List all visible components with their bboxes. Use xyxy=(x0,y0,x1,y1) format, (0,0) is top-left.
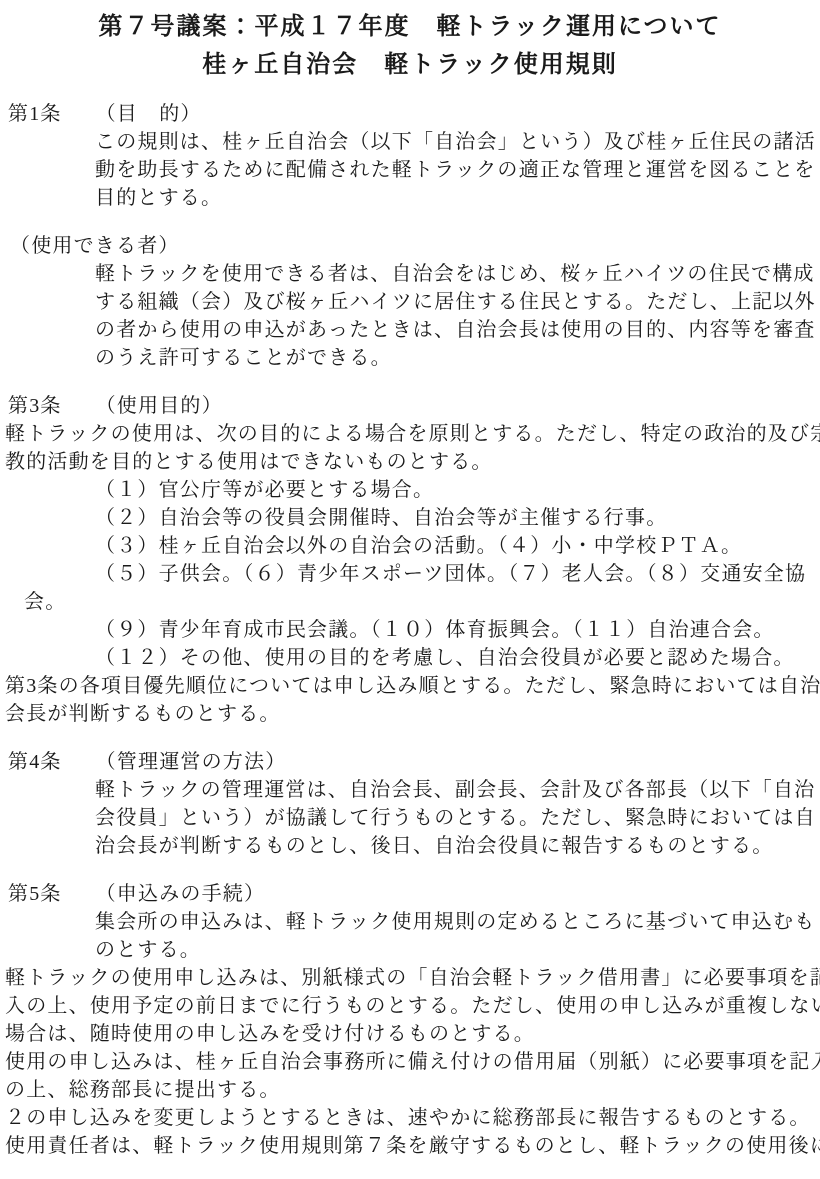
text-line: 軽トラックの使用申し込みは、別紙様式の「自治会軽トラック借用書」に必要事項を記 xyxy=(0,964,820,992)
list-item: （１）官公庁等が必要とする場合。 xyxy=(0,476,820,504)
text-line: 軽トラックの使用は、次の目的による場合を原則とする。ただし、特定の政治的及び宗 xyxy=(0,420,820,448)
text-line: この規則は、桂ヶ丘自治会（以下「自治会」という）及び桂ヶ丘住民の諸活 xyxy=(0,128,820,156)
text-line: ２の申し込みを変更しようとするときは、速やかに総務部長に報告するものとする。 xyxy=(0,1104,820,1132)
document-title-line1: 第７号議案：平成１７年度 軽トラック運用について xyxy=(0,8,820,46)
text-line: 場合は、随時使用の申し込みを受け付けるものとする。 xyxy=(0,1020,820,1048)
text-line: 教的活動を目的とする使用はできないものとする。 xyxy=(0,448,820,476)
text-line: 使用責任者は、軽トラック使用規則第７条を厳守するものとし、軽トラックの使用後に xyxy=(0,1132,820,1160)
text-line: 治会長が判断するものとし、後日、自治会役員に報告するものとする。 xyxy=(0,832,820,860)
text-line: 会役員」という）が協議して行うものとする。ただし、緊急時においては自 xyxy=(0,804,820,832)
text-line: のとする。 xyxy=(0,936,820,964)
article-heading: 第1条（目 的） xyxy=(0,100,820,128)
article-heading: 第3条（使用目的） xyxy=(0,392,820,420)
document-title-line2: 桂ヶ丘自治会 軽トラック使用規則 xyxy=(0,46,820,84)
text-line: 会長が判断するものとする。 xyxy=(0,700,820,728)
list-item: （３）桂ヶ丘自治会以外の自治会の活動。（４）小・中学校ＰＴＡ。 xyxy=(0,532,820,560)
article-label: （使用できる者） xyxy=(10,235,180,257)
article-label: （申込みの手続） xyxy=(96,883,266,905)
article-heading: （使用できる者） xyxy=(0,232,820,260)
article-heading: 第4条（管理運営の方法） xyxy=(0,748,820,776)
article-number: 第4条 xyxy=(8,751,62,773)
text-line: 軽トラックを使用できる者は、自治会をはじめ、桜ヶ丘ハイツの住民で構成 xyxy=(0,260,820,288)
text-line: のうえ許可することができる。 xyxy=(0,344,820,372)
article-number: 第5条 xyxy=(8,883,62,905)
text-line: 動を助長するために配備された軽トラックの適正な管理と運営を図ることを xyxy=(0,156,820,184)
article-number: 第1条 xyxy=(8,103,62,125)
article-number: 第3条 xyxy=(8,395,62,417)
text-line: の者から使用の申込があったときは、自治会長は使用の目的、内容等を審査 xyxy=(0,316,820,344)
article-heading: 第5条（申込みの手続） xyxy=(0,880,820,908)
article-label: （管理運営の方法） xyxy=(96,751,287,773)
document-title-block: 第７号議案：平成１７年度 軽トラック運用について 桂ヶ丘自治会 軽トラック使用規… xyxy=(0,0,820,84)
text-line: 目的とする。 xyxy=(0,184,820,212)
list-item: （１２）その他、使用の目的を考慮し、自治会役員が必要と認めた場合。 xyxy=(0,644,820,672)
text-line: 入の上、使用予定の前日までに行うものとする。ただし、使用の申し込みが重複しない xyxy=(0,992,820,1020)
text-line: 軽トラックの管理運営は、自治会長、副会長、会計及び各部長（以下「自治 xyxy=(0,776,820,804)
text-line: の上、総務部長に提出する。 xyxy=(0,1076,820,1104)
document-page: 第７号議案：平成１７年度 軽トラック運用について 桂ヶ丘自治会 軽トラック使用規… xyxy=(0,0,820,1179)
text-line: 集会所の申込みは、軽トラック使用規則の定めるところに基づいて申込むも xyxy=(0,908,820,936)
text-line: する組織（会）及び桜ヶ丘ハイツに居住する住民とする。ただし、上記以外 xyxy=(0,288,820,316)
list-item-wrap: 会。 xyxy=(0,588,820,616)
text-line: 第3条の各項目優先順位については申し込み順とする。ただし、緊急時においては自治 xyxy=(0,672,820,700)
text-line: 使用の申し込みは、桂ヶ丘自治会事務所に備え付けの借用届（別紙）に必要事項を記入 xyxy=(0,1048,820,1076)
list-item: （９）青少年育成市民会議。（１０）体育振興会。（１１）自治連合会。 xyxy=(0,616,820,644)
article-label: （目 的） xyxy=(96,103,202,125)
list-item: （５）子供会。（６）青少年スポーツ団体。（７）老人会。（８）交通安全協 xyxy=(0,560,820,588)
list-item: （２）自治会等の役員会開催時、自治会等が主催する行事。 xyxy=(0,504,820,532)
article-label: （使用目的） xyxy=(96,395,223,417)
